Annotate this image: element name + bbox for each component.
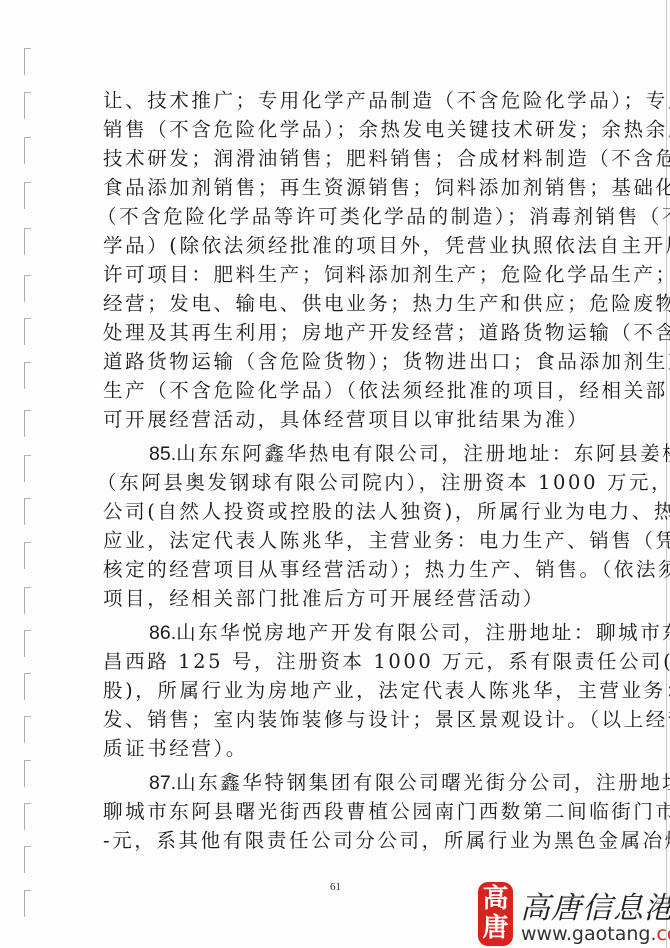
binding-mark — [24, 498, 31, 525]
site-watermark: 高 唐 高唐信息港 www.gaotang.cc — [478, 881, 670, 948]
paragraph-item-85: 85.山东东阿鑫华热电有限公司，注册地址：东阿县姜楼镇陈店村 （东阿县奥发钢球有… — [103, 439, 593, 613]
text-line: 经营；发电、输电、供电业务；热力生产和供应；危险废物经营；污水 — [103, 289, 593, 318]
text-line: 学品）(除依法须经批准的项目外，凭营业执照依法自主开展经营活动) — [103, 231, 593, 260]
text-line: 技术研发；润滑油销售；肥料销售；合成材料制造（不含危险化学品）； — [103, 144, 593, 173]
binding-mark — [24, 630, 31, 657]
binding-mark — [24, 716, 31, 743]
brand-name: 高唐信息港 — [520, 883, 670, 927]
binding-mark — [24, 803, 31, 830]
text-line: 让、技术推广；专用化学产品制造（不含危险化学品）；专用化学产品 — [103, 86, 593, 115]
binding-mark — [24, 455, 31, 482]
paragraph-business-scope-continuation: 让、技术推广；专用化学产品制造（不含危险化学品）；专用化学产品 销售（不含危险化… — [103, 86, 593, 434]
binding-mark — [24, 890, 31, 917]
text-line: 销售（不含危险化学品）；余热发电关键技术研发；余热余压余气利用 — [103, 115, 593, 144]
binding-mark — [24, 760, 31, 787]
text-line: 昌西路 125 号，注册资本 1000 万元，系有限责任公司(自然人投资或控 — [103, 647, 593, 676]
seal-logo-icon: 高 唐 — [478, 882, 513, 946]
text-line: 食品添加剂销售；再生资源销售；饲料添加剂销售；基础化学原料制造 — [103, 173, 593, 202]
text-line: 项目，经相关部门批准后方可开展经营活动） — [103, 584, 593, 613]
text-line: 公司(自然人投资或控股的法人独资)，所属行业为电力、热力生产和供 — [103, 497, 593, 526]
binding-mark — [24, 673, 31, 700]
text-line: （东阿县奥发钢球有限公司院内），注册资本 1000 万元，系有限责任 — [97, 468, 593, 497]
text-line: 可开展经营活动，具体经营项目以审批结果为准） — [103, 405, 593, 434]
text-line: 生产（不含危险化学品）（依法须经批准的项目，经相关部门批准后方 — [103, 376, 593, 405]
document-body: 让、技术推广；专用化学产品制造（不含危险化学品）；专用化学产品 销售（不含危险化… — [103, 86, 593, 860]
text-line: 质证书经营）。 — [103, 734, 593, 763]
binding-margin-marks — [20, 0, 40, 948]
text-line: 聊城市东阿县曙光街西段曹植公园南门西数第二间临街门市，注册资本 — [103, 797, 593, 826]
scanned-page: 让、技术推广；专用化学产品制造（不含危险化学品）；专用化学产品 销售（不含危险化… — [0, 0, 670, 948]
text-line: 核定的经营项目从事经营活动）；热力生产、销售。（依法须经批准的 — [103, 555, 593, 584]
item-number: 86. — [149, 622, 176, 644]
binding-mark — [24, 228, 31, 255]
item-title-line: 山东鑫华特钢集团有限公司曙光街分公司，注册地址：山东省 — [176, 771, 670, 794]
brand-url-main: www.gaotang. — [521, 923, 656, 945]
binding-mark — [24, 48, 31, 75]
text-line: -元，系其他有限责任公司分公司，所属行业为黑色金属冶炼和压延加 — [103, 826, 593, 855]
text-line: 发、销售；室内装饰装修与设计；景区景观设计。（以上经营项目凭资 — [103, 705, 593, 734]
binding-mark — [24, 542, 31, 569]
text-line: 股)，所属行业为房地产业，法定代表人陈兆华，主营业务：房地产开 — [103, 676, 593, 705]
text-line: 许可项目：肥料生产；饲料添加剂生产；危险化学品生产；危险化学品 — [103, 260, 593, 289]
brand-url: www.gaotang.cc — [521, 923, 670, 945]
text-line: 应业，法定代表人陈兆华，主营业务：电力生产、销售（凭有效许可证 — [103, 526, 593, 555]
page-number: 61 — [330, 881, 341, 893]
text-line: 86.山东华悦房地产开发有限公司，注册地址：聊城市东昌府区东 — [103, 618, 593, 647]
binding-mark — [24, 362, 31, 389]
seal-char: 高 — [482, 885, 508, 914]
binding-mark — [24, 182, 31, 209]
binding-mark — [24, 275, 31, 302]
seal-char: 唐 — [482, 914, 508, 943]
brand-url-tld: cc — [656, 923, 670, 945]
paragraph-item-87: 87.山东鑫华特钢集团有限公司曙光街分公司，注册地址：山东省 聊城市东阿县曙光街… — [103, 768, 593, 855]
item-title-line: 山东华悦房地产开发有限公司，注册地址：聊城市东昌府区东 — [176, 621, 670, 644]
text-line: 85.山东东阿鑫华热电有限公司，注册地址：东阿县姜楼镇陈店村 — [103, 439, 593, 468]
text-line: 87.山东鑫华特钢集团有限公司曙光街分公司，注册地址：山东省 — [103, 768, 593, 797]
item-number: 87. — [149, 772, 176, 794]
item-title-line: 山东东阿鑫华热电有限公司，注册地址：东阿县姜楼镇陈店村 — [176, 442, 670, 465]
text-line: 道路货物运输（含危险货物）；货物进出口；食品添加剂生产；消毒剂 — [103, 347, 593, 376]
binding-mark — [24, 410, 31, 437]
binding-mark — [24, 846, 31, 873]
text-line: （不含危险化学品等许可类化学品的制造）；消毒剂销售（不含危险化 — [97, 202, 593, 231]
binding-mark — [24, 92, 31, 119]
binding-mark — [24, 587, 31, 614]
text-line: 处理及其再生利用；房地产开发经营；道路货物运输（不含危险货物）； — [103, 318, 593, 347]
binding-mark — [24, 318, 31, 345]
paragraph-item-86: 86.山东华悦房地产开发有限公司，注册地址：聊城市东昌府区东 昌西路 125 号… — [103, 618, 593, 763]
item-number: 85. — [149, 443, 176, 465]
binding-mark — [24, 137, 31, 164]
